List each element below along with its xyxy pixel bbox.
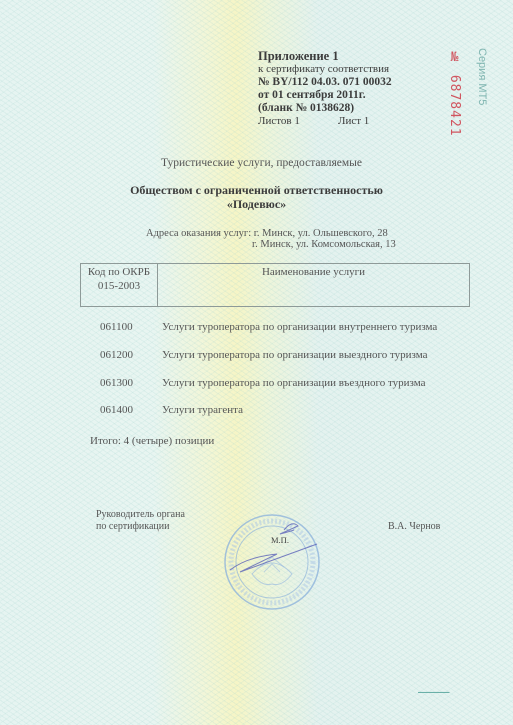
certificate-date: от 01 сентября 2011г. [258,89,392,102]
sheet-current: Лист 1 [338,115,369,128]
organization-line-1: Обществом с ограниченной ответственность… [0,183,513,197]
organization-name: Обществом с ограниченной ответственность… [0,183,513,211]
service-row: 061400Услуги турагента [100,404,243,416]
service-row: 061100Услуги туроператора по организации… [100,321,437,333]
printer-mark: ▬▬▬▬▬▬▬▬▬ [418,690,450,694]
service-code: 061400 [100,404,162,416]
annex-subtitle: к сертификату соответствия [258,63,392,76]
annex-header: Приложение 1 к сертификату соответствия … [258,50,392,128]
service-name: Услуги туроператора по организации выезд… [162,349,427,361]
signatory-role-line-2: по сертификации [96,521,185,533]
stamp-place-label: М.П. [271,535,289,545]
service-name: Услуги туроператора по организации внутр… [162,321,437,333]
service-row: 061200Услуги туроператора по организации… [100,349,427,361]
service-code: 061100 [100,321,162,333]
blank-number: (бланк № 0138628) [258,102,392,115]
sheets-total: Листов 1 [258,115,338,128]
signatory-role-line-1: Руководитель органа [96,509,185,521]
organization-line-2: «Подевюс» [0,197,513,211]
certificate-number: № BY/112 04.03. 071 00032 [258,76,392,89]
form-series: Серия МТ5 [476,48,488,105]
service-name: Услуги туроператора по организации въезд… [162,377,426,389]
service-name: Услуги турагента [162,404,243,416]
header-service-name: Наименование услуги [158,264,470,307]
service-row: 061300Услуги туроператора по организации… [100,377,426,389]
intro-text: Туристические услуги, предоставляемые [161,157,362,169]
service-code: 061200 [100,349,162,361]
form-serial-number: № 6878421 [447,50,462,137]
total-positions: Итого: 4 (четыре) позиции [90,435,214,447]
signatory-role: Руководитель органа по сертификации [96,509,185,533]
official-stamp-icon [222,512,322,612]
address-line-2: г. Минск, ул. Комсомольская, 13 [252,239,396,250]
services-table-header: Код по ОКРБ 015-2003 Наименование услуги [80,263,470,307]
service-code: 061300 [100,377,162,389]
address-line-1: Адреса оказания услуг: г. Минск, ул. Оль… [146,228,388,239]
certificate-annex-page: Приложение 1 к сертификату соответствия … [0,0,513,725]
annex-title: Приложение 1 [258,50,392,63]
sheet-info: Листов 1Лист 1 [258,115,392,128]
header-code: Код по ОКРБ 015-2003 [81,264,158,307]
signatory-name: В.А. Чернов [388,521,440,532]
